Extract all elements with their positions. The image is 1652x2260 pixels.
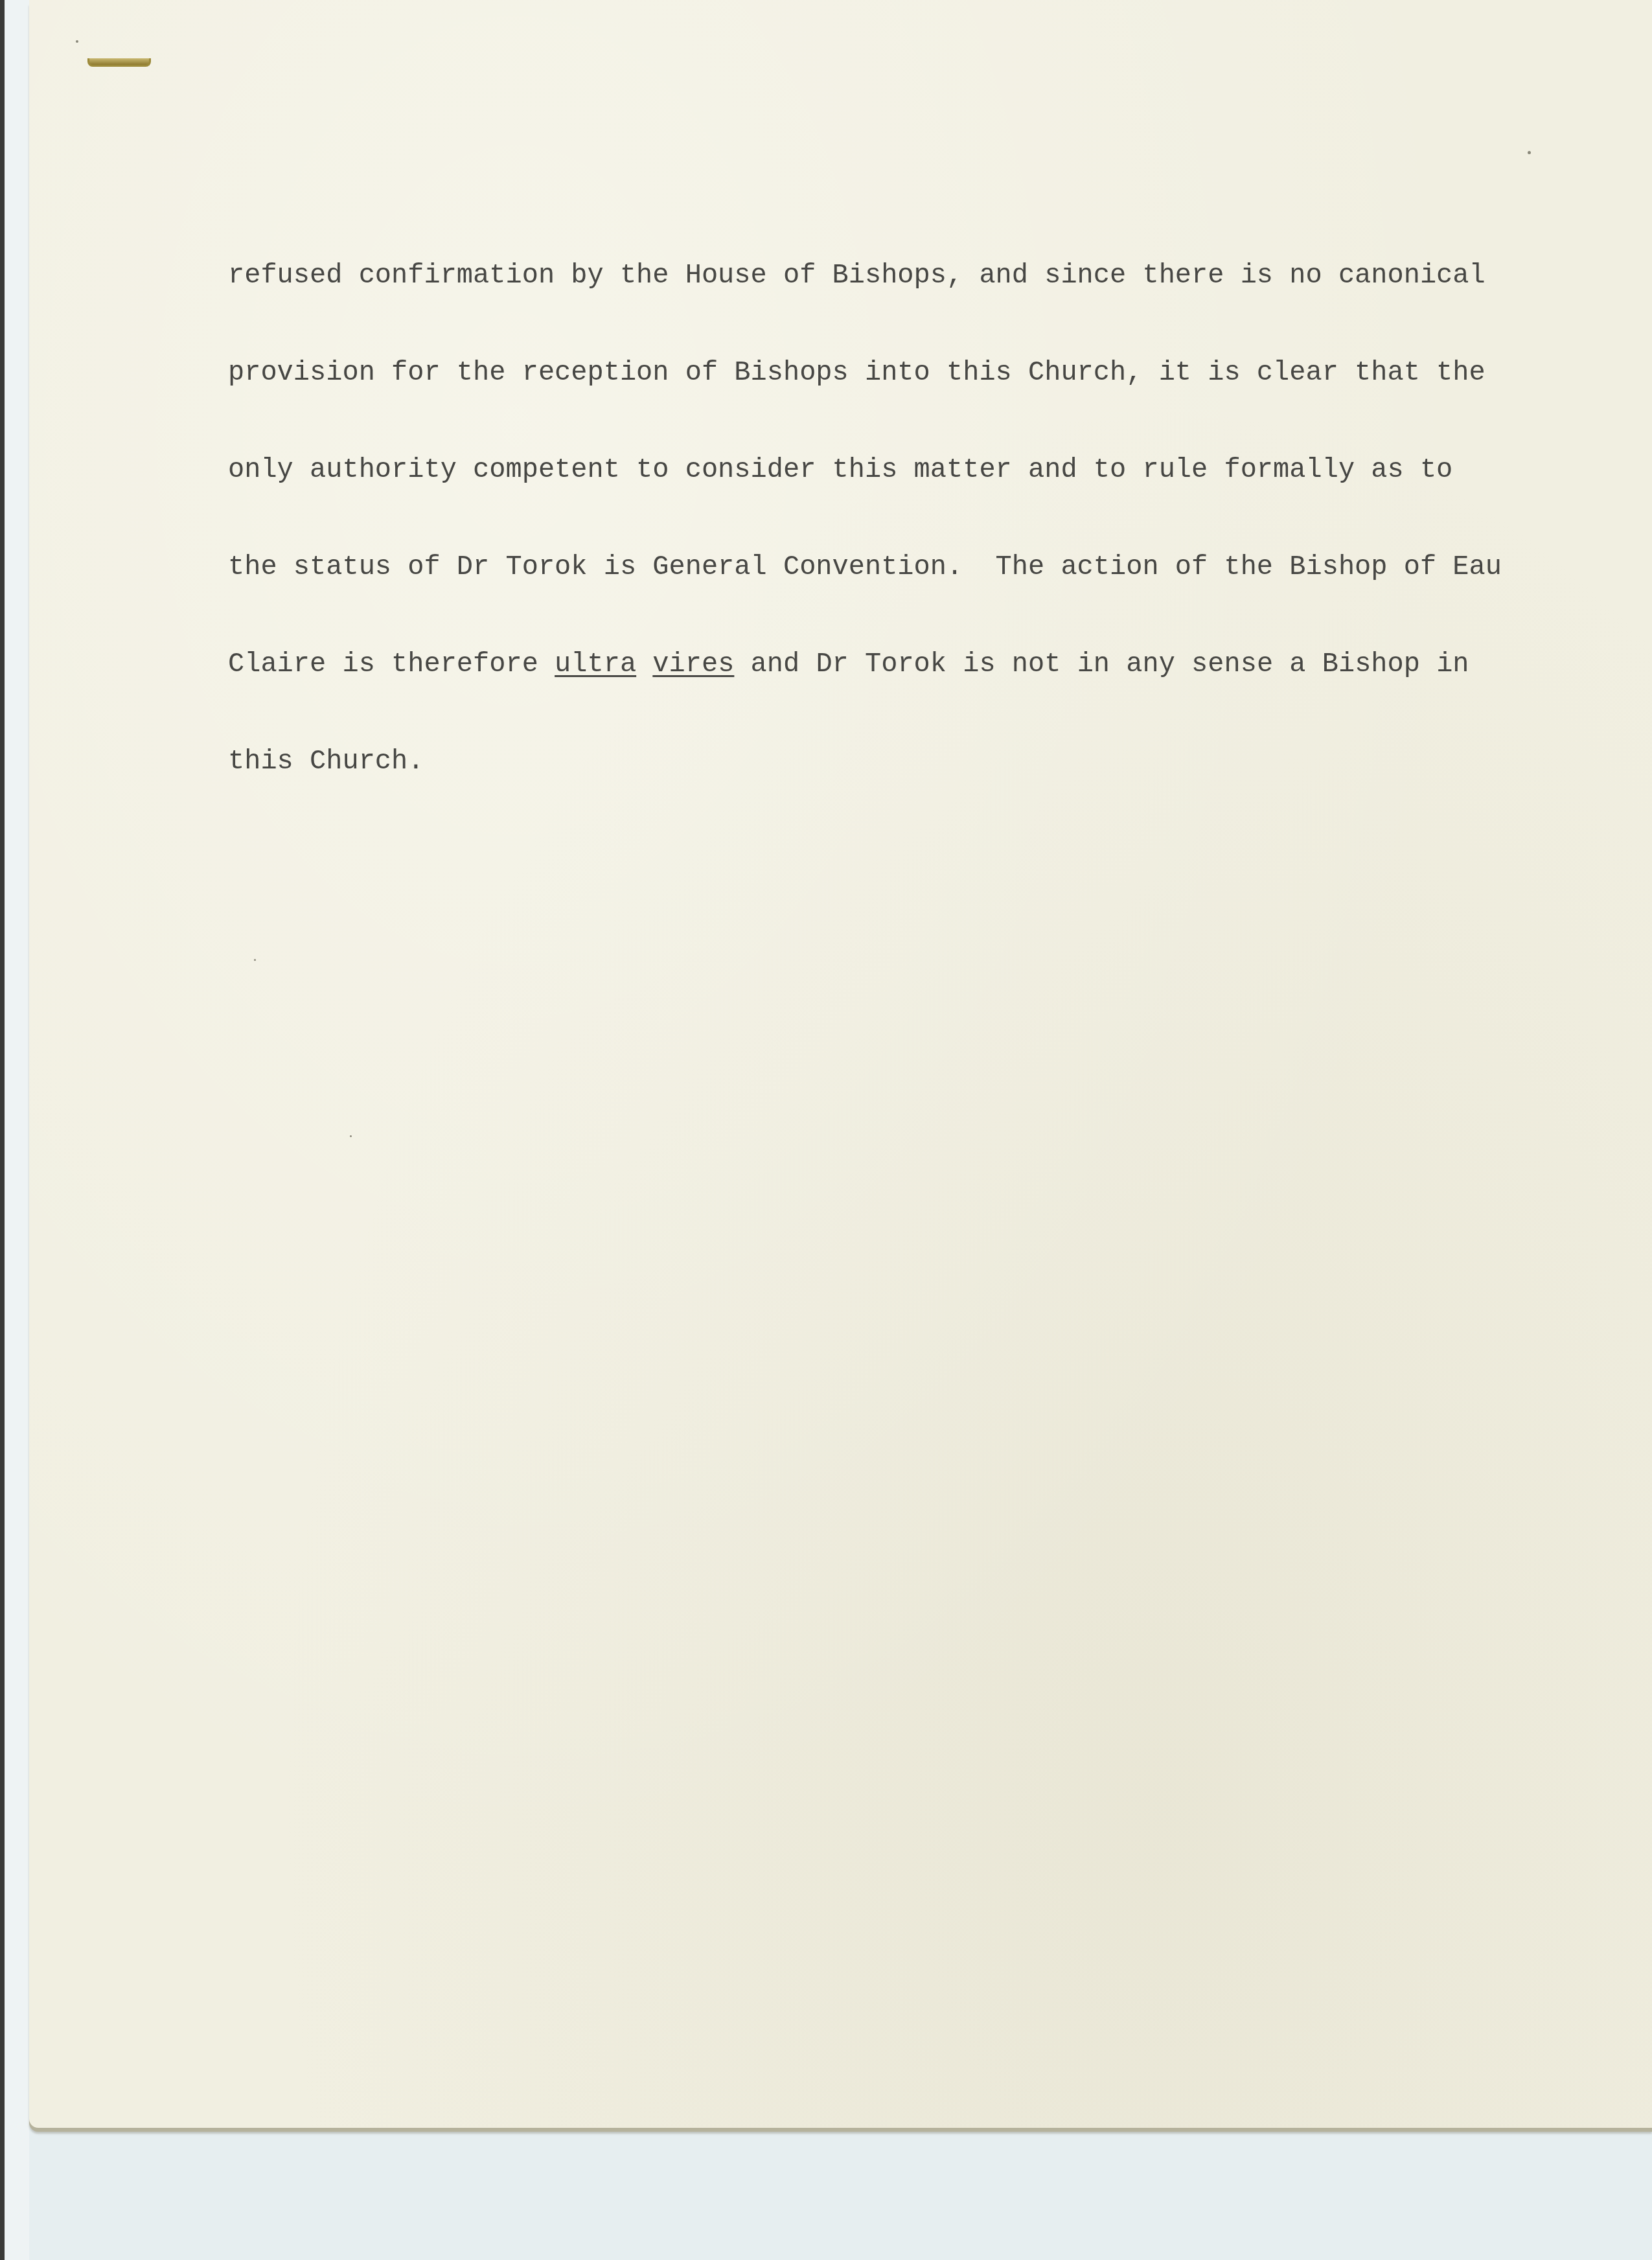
- text-run: refused confirmation by the House of Bis…: [228, 260, 1486, 291]
- text-run: and Dr Torok is not in any sense a Bisho…: [734, 649, 1469, 680]
- scanner-background: [5, 0, 29, 2260]
- paper-speck: [76, 40, 78, 43]
- paper-speck: [254, 959, 256, 961]
- paper-speck: [350, 1135, 352, 1137]
- scanner-edge: [0, 0, 5, 2260]
- text-run: only authority competent to consider thi…: [228, 454, 1452, 485]
- underlined-term-ultra: ultra: [555, 649, 636, 680]
- text-line: refused confirmation by the House of Bis…: [228, 259, 1502, 292]
- text-line: provision for the reception of Bishops i…: [228, 356, 1502, 389]
- text-run: this Church.: [228, 746, 424, 777]
- text-run: Claire is therefore: [228, 649, 555, 680]
- text-run: the status of Dr Torok is General Conven…: [228, 551, 1502, 582]
- paper-speck: [1528, 151, 1531, 154]
- staple-icon: [87, 58, 151, 67]
- text-line: only authority competent to consider thi…: [228, 454, 1502, 486]
- text-line: Claire is therefore ultra vires and Dr T…: [228, 648, 1502, 680]
- underlined-term-vires: vires: [652, 649, 734, 680]
- text-line: the status of Dr Torok is General Conven…: [228, 551, 1502, 583]
- text-line: this Church.: [228, 745, 1502, 778]
- typed-paragraph: refused confirmation by the House of Bis…: [228, 194, 1502, 810]
- text-run: [636, 649, 652, 680]
- text-run: provision for the reception of Bishops i…: [228, 357, 1486, 388]
